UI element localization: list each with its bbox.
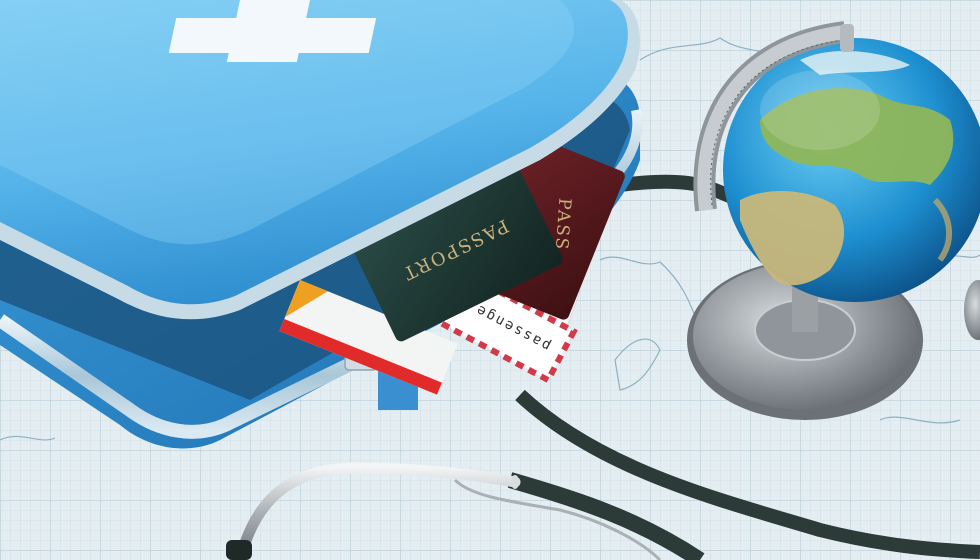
travel-medicine-scene: Arriving at: Boarding passenge PASS PASS… — [0, 0, 980, 560]
